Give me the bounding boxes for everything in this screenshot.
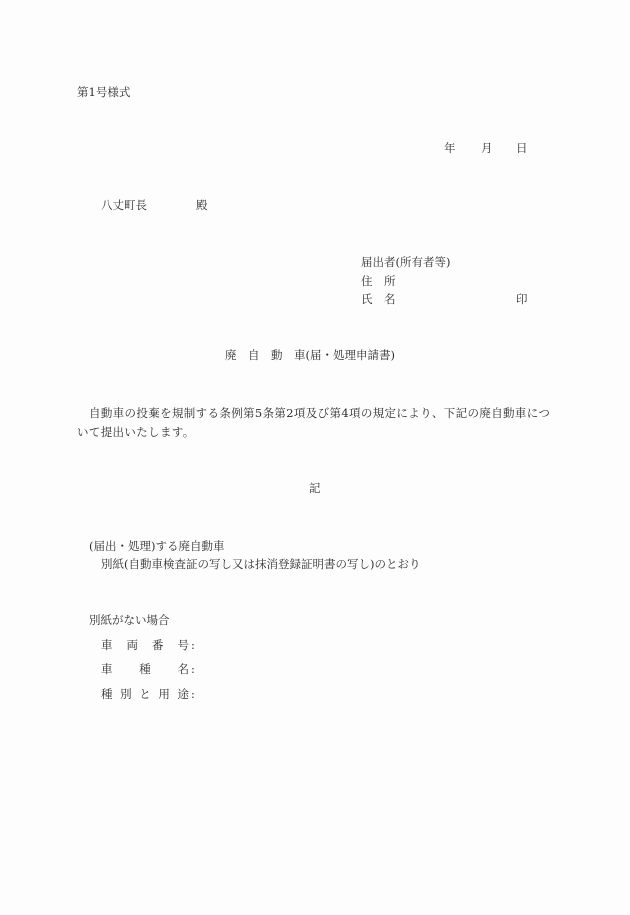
field-vehicle-number: 車 両 番 号: [101, 638, 195, 652]
field-type-and-use: 種 別 と 用 途: [101, 687, 195, 701]
item-no-attachment-title: 別紙がない場合 [89, 613, 170, 627]
body-paragraph-line-2: いて提出いたします。 [77, 425, 195, 439]
document-page: 第1号様式 年 月 日 八丈町長 殿 届出者(所有者等) 住 所 氏 名 印 廃… [0, 0, 630, 915]
addressee-name: 八丈町長 [101, 198, 147, 212]
field-label-vehicle-number: 車 両 番 号 [101, 638, 189, 652]
item-vehicle-title: (届出・処理)する廃自動車 [89, 539, 224, 553]
date-month-label: 月 [481, 141, 493, 155]
seal-mark: 印 [516, 292, 528, 306]
ki-heading: 記 [309, 481, 321, 495]
document-title: 廃 自 動 車(届・処理申請書) [225, 348, 395, 362]
applicant-heading: 届出者(所有者等) [361, 255, 450, 269]
date-year-label: 年 [444, 141, 456, 155]
address-label: 住 所 [361, 274, 396, 288]
field-label-type-and-use: 種 別 と 用 途 [101, 687, 189, 701]
addressee-honorific: 殿 [196, 198, 208, 212]
name-label: 氏 名 [361, 292, 396, 306]
date-day-label: 日 [516, 141, 528, 155]
item-vehicle-detail: 別紙(自動車検査証の写し又は抹消登録証明書の写し)のとおり [101, 557, 420, 571]
field-vehicle-model: 車 種 名: [101, 662, 195, 676]
field-label-vehicle-model: 車 種 名 [101, 662, 189, 676]
body-paragraph-line-1: 自動車の投棄を規制する条例第5条第2項及び第4項の規定により、下記の廃自動車につ [89, 406, 550, 420]
form-number: 第1号様式 [77, 85, 130, 99]
field-colon: : [191, 687, 195, 701]
field-colon: : [191, 662, 195, 676]
field-colon: : [191, 638, 195, 652]
